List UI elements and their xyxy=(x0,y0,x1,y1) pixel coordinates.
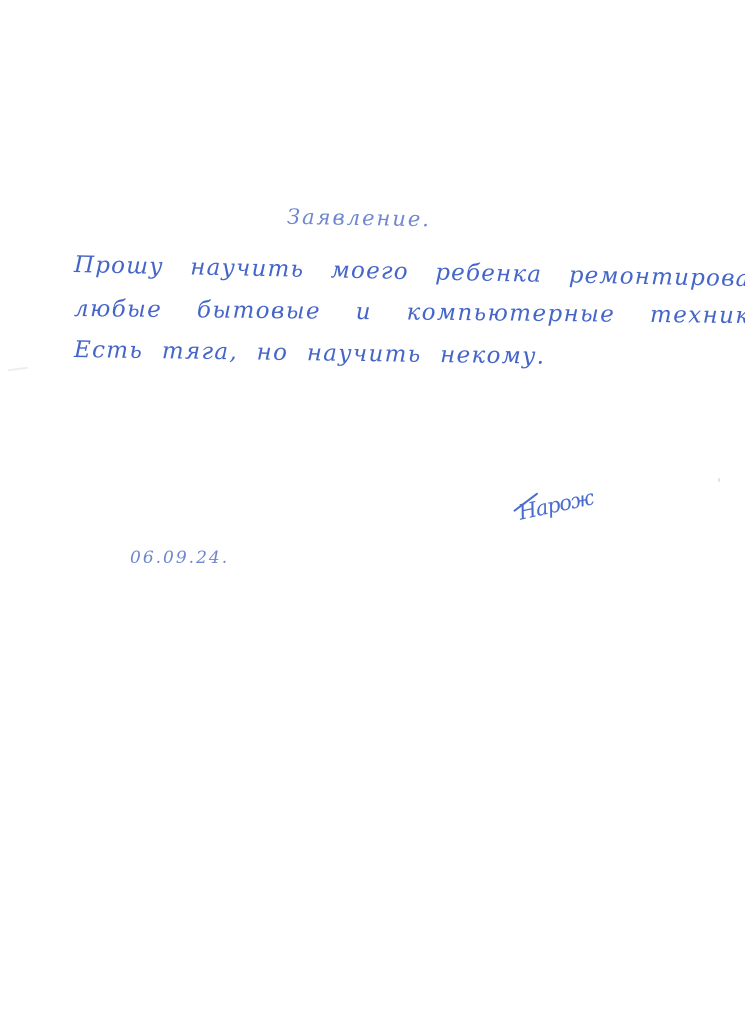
signature-text: Нарож xyxy=(516,485,595,524)
signature: Нарож xyxy=(516,485,595,524)
document-title: Заявление. xyxy=(287,205,431,232)
scan-speck xyxy=(8,367,28,372)
handwritten-application-page: Заявление. Прошу научить моего ребенка р… xyxy=(0,0,745,1024)
body-line-1: Прошу научить моего ребенка ремонтироват… xyxy=(74,252,745,293)
scan-speck xyxy=(718,478,720,482)
document-date: 06.09.24. xyxy=(130,548,229,568)
body-line-2: любые бытовые и компьютерные техники. xyxy=(74,296,745,329)
body-line-3: Есть тяга, но научить некому. xyxy=(74,337,546,370)
